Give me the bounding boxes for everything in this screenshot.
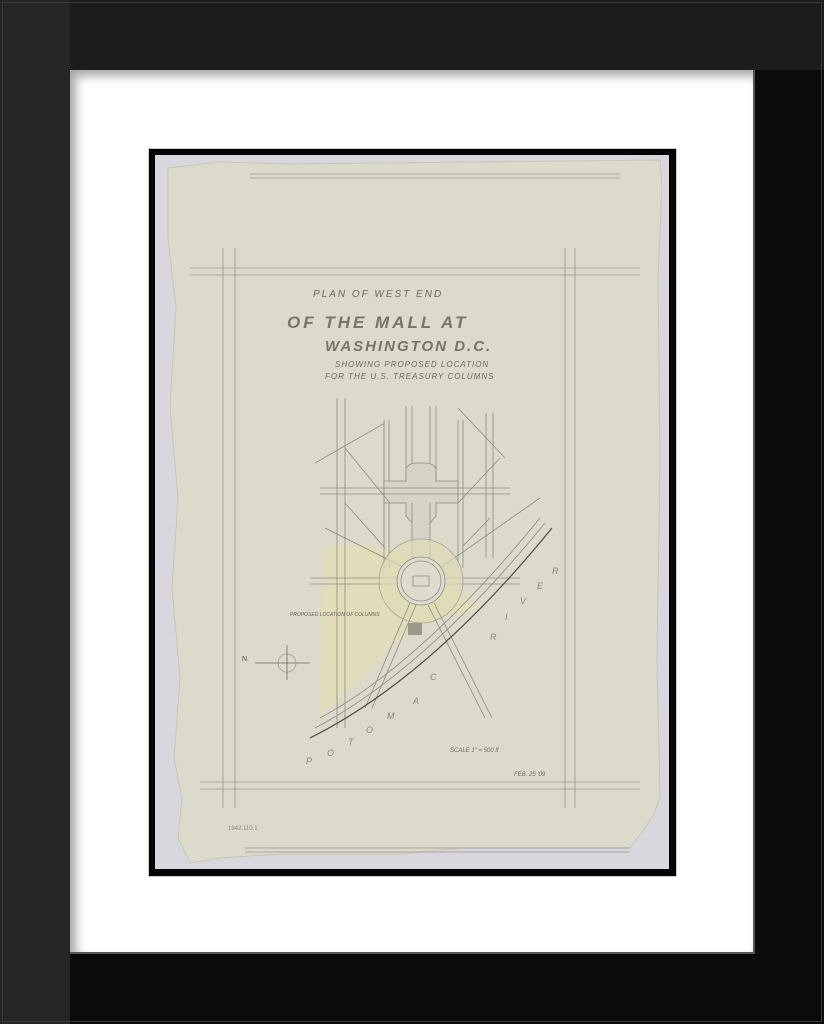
river-letter: O — [327, 748, 334, 758]
subtitle-line-2: FOR THE U.S. TREASURY COLUMNS — [325, 372, 494, 381]
river-letter: R — [552, 566, 559, 576]
architectural-plan-drawing — [160, 158, 662, 866]
title-line-1: PLAN OF WEST END — [313, 289, 443, 300]
subtitle-line-1: SHOWING PROPOSED LOCATION — [335, 360, 489, 369]
river-letter: P — [306, 756, 312, 766]
river-letter: A — [413, 696, 419, 706]
title-line-2: OF THE MALL AT — [287, 313, 468, 333]
river-letter: T — [348, 737, 354, 747]
river-letter: O — [366, 725, 373, 735]
columns-location-annotation: PROPOSED LOCATION OF COLUMNS — [290, 612, 380, 618]
river-letter: I — [505, 612, 508, 622]
river-letter: R — [490, 632, 497, 642]
river-letter: M — [387, 711, 395, 721]
river-letter: E — [537, 581, 543, 591]
river-letter: V — [520, 596, 526, 606]
north-arrow-label: N. — [242, 656, 249, 663]
scale-text: SCALE 1" = 500 ft — [450, 748, 499, 754]
catalog-number: 1942.110.1 — [228, 826, 258, 832]
drawing-paper — [160, 158, 662, 866]
date-text: FEB. 25 '09 — [514, 772, 545, 778]
title-line-3: WASHINGTON D.C. — [325, 338, 492, 355]
river-letter: C — [430, 672, 437, 682]
